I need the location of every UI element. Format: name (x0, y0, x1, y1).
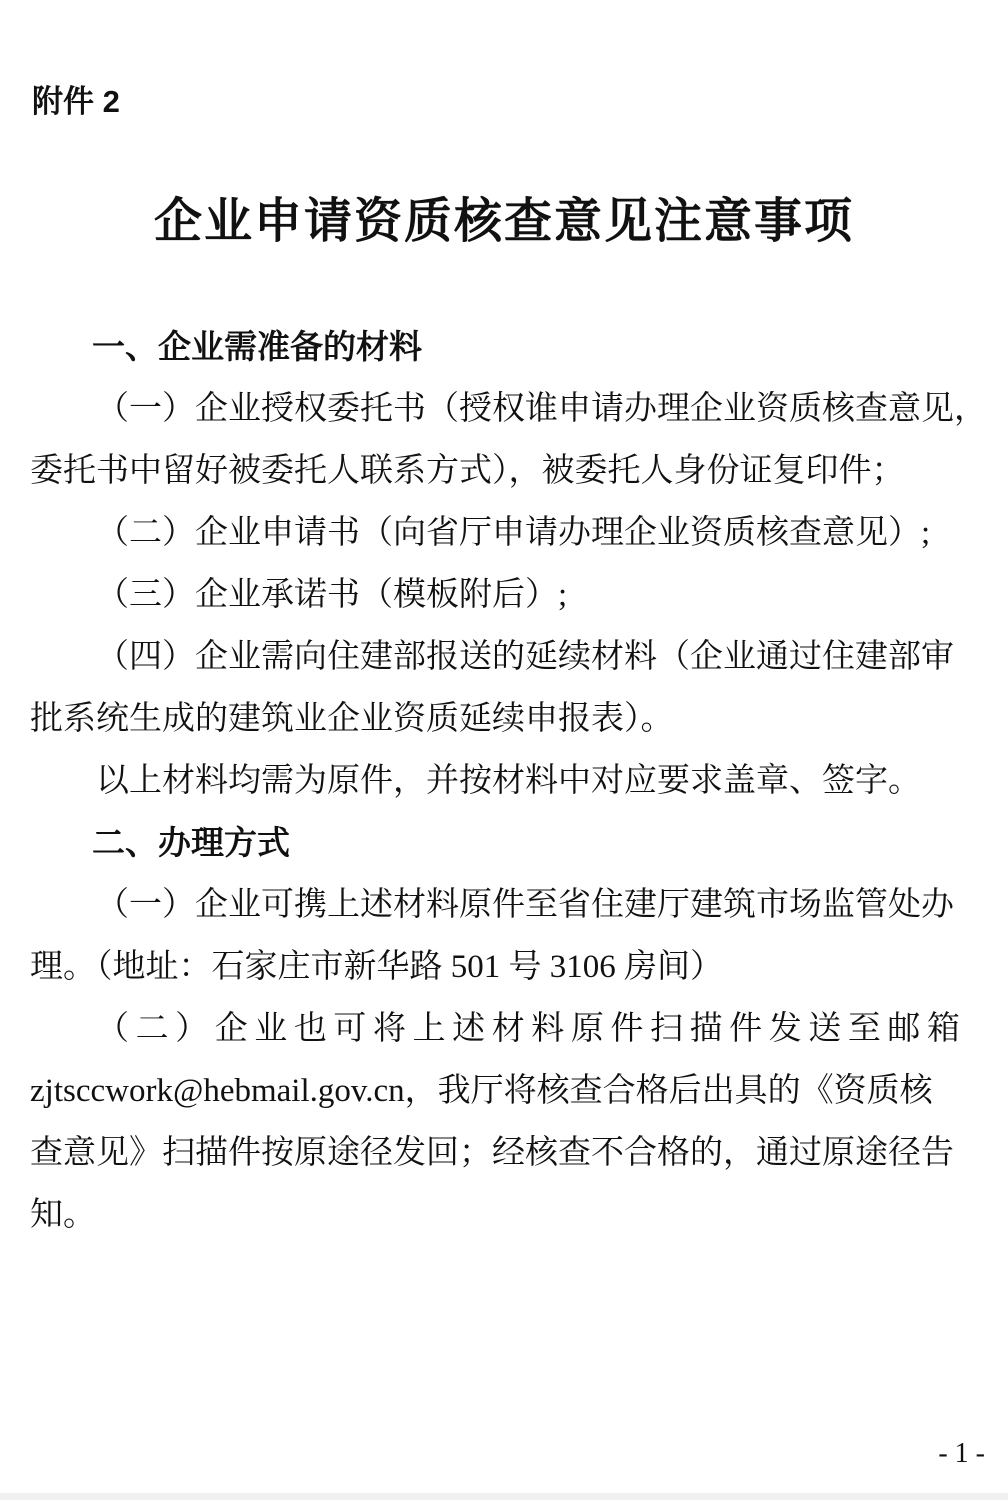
text-line: 理。（地址：石家庄市新华路 501 号 3106 房间） (30, 936, 960, 998)
section-heading-2: 二、办理方式 (30, 812, 960, 874)
text-line: 委托书中留好被委托人联系方式），被委托人身份证复印件； (30, 440, 960, 502)
text-line: （三）企业承诺书（模板附后）; (30, 564, 960, 626)
text-line: （二）企业申请书（向省厅申请办理企业资质核查意见）; (30, 502, 960, 564)
text-line: zjtsccwork@hebmail.gov.cn，我厅将核查合格后出具的《资质… (30, 1060, 960, 1122)
annex-label: 附件 2 (32, 76, 120, 121)
document-page: 附件 2 企业申请资质核查意见注意事项 一、企业需准备的材料 （一）企业授权委托… (0, 0, 1008, 1500)
text-line: 查意见》扫描件按原途径发回；经核查不合格的，通过原途径告 (30, 1122, 960, 1184)
section-heading-1: 一、企业需准备的材料 (30, 316, 960, 378)
text-line: （二）企业也可将上述材料原件扫描件发送至邮箱 (30, 998, 960, 1060)
text-line: 批系统生成的建筑业企业资质延续申报表）。 (30, 688, 960, 750)
page-title: 企业申请资质核查意见注意事项 (0, 182, 1008, 251)
text-line: （四）企业需向住建部报送的延续材料（企业通过住建部审 (30, 626, 960, 688)
scan-edge-shadow (0, 1493, 1008, 1500)
document-body: 一、企业需准备的材料 （一）企业授权委托书（授权谁申请办理企业资质核查意见， 委… (30, 316, 960, 1246)
text-line: 知。 (30, 1184, 960, 1246)
text-line: （一）企业授权委托书（授权谁申请办理企业资质核查意见， (30, 378, 960, 440)
text-line: （一）企业可携上述材料原件至省住建厅建筑市场监管处办 (30, 874, 960, 936)
text-line: 以上材料均需为原件，并按材料中对应要求盖章、签字。 (30, 750, 960, 812)
page-number: - 1 - (938, 1438, 985, 1470)
